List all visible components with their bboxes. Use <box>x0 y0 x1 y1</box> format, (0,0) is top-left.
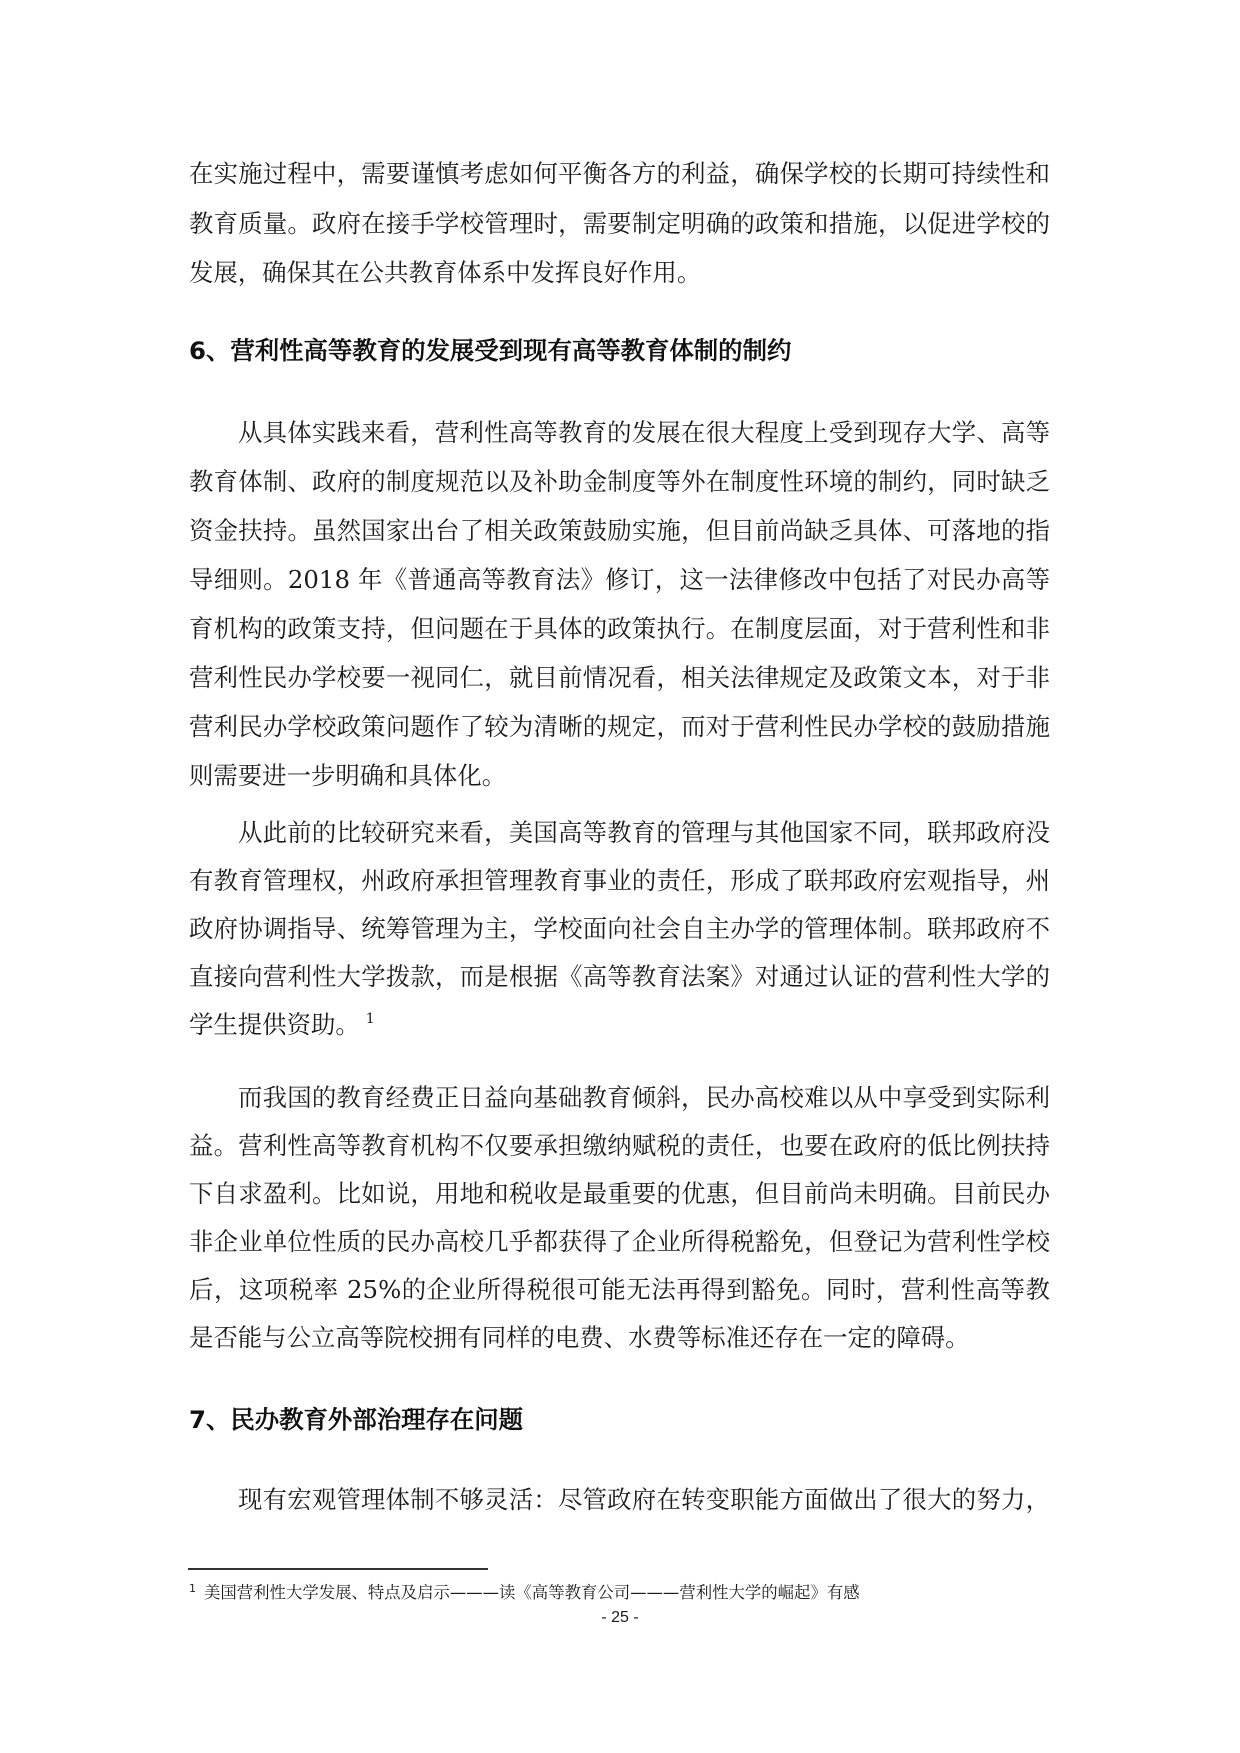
paragraph-line: 营利性民办学校要一视同仁，就目前情况看，相关法律规定及政策文本，对于非 <box>189 653 1050 702</box>
paragraph-line: 学生提供资助。1 <box>189 1001 1050 1049</box>
paragraph-line: 从此前的比较研究来看，美国高等教育的管理与其他国家不同，联邦政府没 <box>189 809 1050 857</box>
paragraph-line: 直接向营利性大学拨款，而是根据《高等教育法案》对通过认证的营利性大学的 <box>189 953 1050 1001</box>
footnote-separator <box>188 1568 488 1570</box>
paragraph: 从此前的比较研究来看，美国高等教育的管理与其他国家不同，联邦政府没 有教育管理权… <box>189 809 1050 1049</box>
footnote: 1美国营利性大学发展、特点及启示———读《高等教育公司———营利性大学的崛起》有… <box>189 1581 1050 1605</box>
paragraph-line: 资金扶持。虽然国家出台了相关政策鼓励实施，但目前尚缺乏具体、可落地的指 <box>189 506 1050 555</box>
paragraph-line: 政府协调指导、统筹管理为主，学校面向社会自主办学的管理体制。联邦政府不 <box>189 905 1050 953</box>
paragraph-line: 非企业单位性质的民办高校几乎都获得了企业所得税豁免，但登记为营利性学校 <box>189 1218 1050 1266</box>
paragraph-line: 教育质量。政府在接手学校管理时，需要制定明确的政策和措施，以促进学校的 <box>189 199 1050 249</box>
paragraph-line: 在实施过程中，需要谨慎考虑如何平衡各方的利益，确保学校的长期可持续性和 <box>189 149 1050 199</box>
paragraph-line: 益。营利性高等教育机构不仅要承担缴纳赋税的责任，也要在政府的低比例扶持 <box>189 1122 1050 1170</box>
page-number: - 25 - <box>0 1607 1240 1629</box>
paragraph-line: 后，这项税率 25%的企业所得税很可能无法再得到豁免。同时，营利性高等教育 <box>189 1266 1050 1314</box>
paragraph-line: 发展，确保其在公共教育体系中发挥良好作用。 <box>189 248 1050 298</box>
paragraph-line: 教育体制、政府的制度规范以及补助金制度等外在制度性环境的制约，同时缺乏 <box>189 457 1050 506</box>
paragraph: 而我国的教育经费正日益向基础教育倾斜，民办高校难以从中享受到实际利 益。营利性高… <box>189 1074 1050 1362</box>
footnote-reference[interactable]: 1 <box>366 1011 375 1027</box>
paragraph-line: 育机构的政策支持，但问题在于具体的政策执行。在制度层面，对于营利性和非 <box>189 604 1050 653</box>
continuation-paragraph: 在实施过程中，需要谨慎考虑如何平衡各方的利益，确保学校的长期可持续性和 教育质量… <box>189 149 1050 298</box>
paragraph-line: 导细则。2018 年《普通高等教育法》修订，这一法律修改中包括了对民办高等教 <box>189 555 1050 604</box>
paragraph-line: 是否能与公立高等院校拥有同样的电费、水费等标准还存在一定的障碍。 <box>189 1314 1050 1362</box>
paragraph-line: 现有宏观管理体制不够灵活：尽管政府在转变职能方面做出了很大的努力， <box>189 1476 1050 1524</box>
paragraph-line-text: 学生提供资助。 <box>189 1010 360 1039</box>
section-heading-7: 7、民办教育外部治理存在问题 <box>189 1400 1050 1440</box>
paragraph-line: 营利民办学校政策问题作了较为清晰的规定，而对于营利性民办学校的鼓励措施 <box>189 702 1050 751</box>
document-page: 在实施过程中，需要谨慎考虑如何平衡各方的利益，确保学校的长期可持续性和 教育质量… <box>0 0 1240 1753</box>
section-heading-6: 6、营利性高等教育的发展受到现有高等教育体制的制约 <box>189 331 1050 371</box>
paragraph-line: 有教育管理权，州政府承担管理教育事业的责任，形成了联邦政府宏观指导，州 <box>189 857 1050 905</box>
footnote-marker: 1 <box>189 1582 196 1595</box>
paragraph-line: 从具体实践来看，营利性高等教育的发展在很大程度上受到现存大学、高等 <box>189 408 1050 457</box>
footnote-text: 美国营利性大学发展、特点及启示———读《高等教育公司———营利性大学的崛起》有感 <box>204 1583 860 1602</box>
paragraph-line: 而我国的教育经费正日益向基础教育倾斜，民办高校难以从中享受到实际利 <box>189 1074 1050 1122</box>
paragraph: 现有宏观管理体制不够灵活：尽管政府在转变职能方面做出了很大的努力， <box>189 1476 1050 1524</box>
paragraph: 从具体实践来看，营利性高等教育的发展在很大程度上受到现存大学、高等 教育体制、政… <box>189 408 1050 800</box>
paragraph-line: 下自求盈利。比如说，用地和税收是最重要的优惠，但目前尚未明确。目前民办 <box>189 1170 1050 1218</box>
paragraph-line: 则需要进一步明确和具体化。 <box>189 751 1050 800</box>
